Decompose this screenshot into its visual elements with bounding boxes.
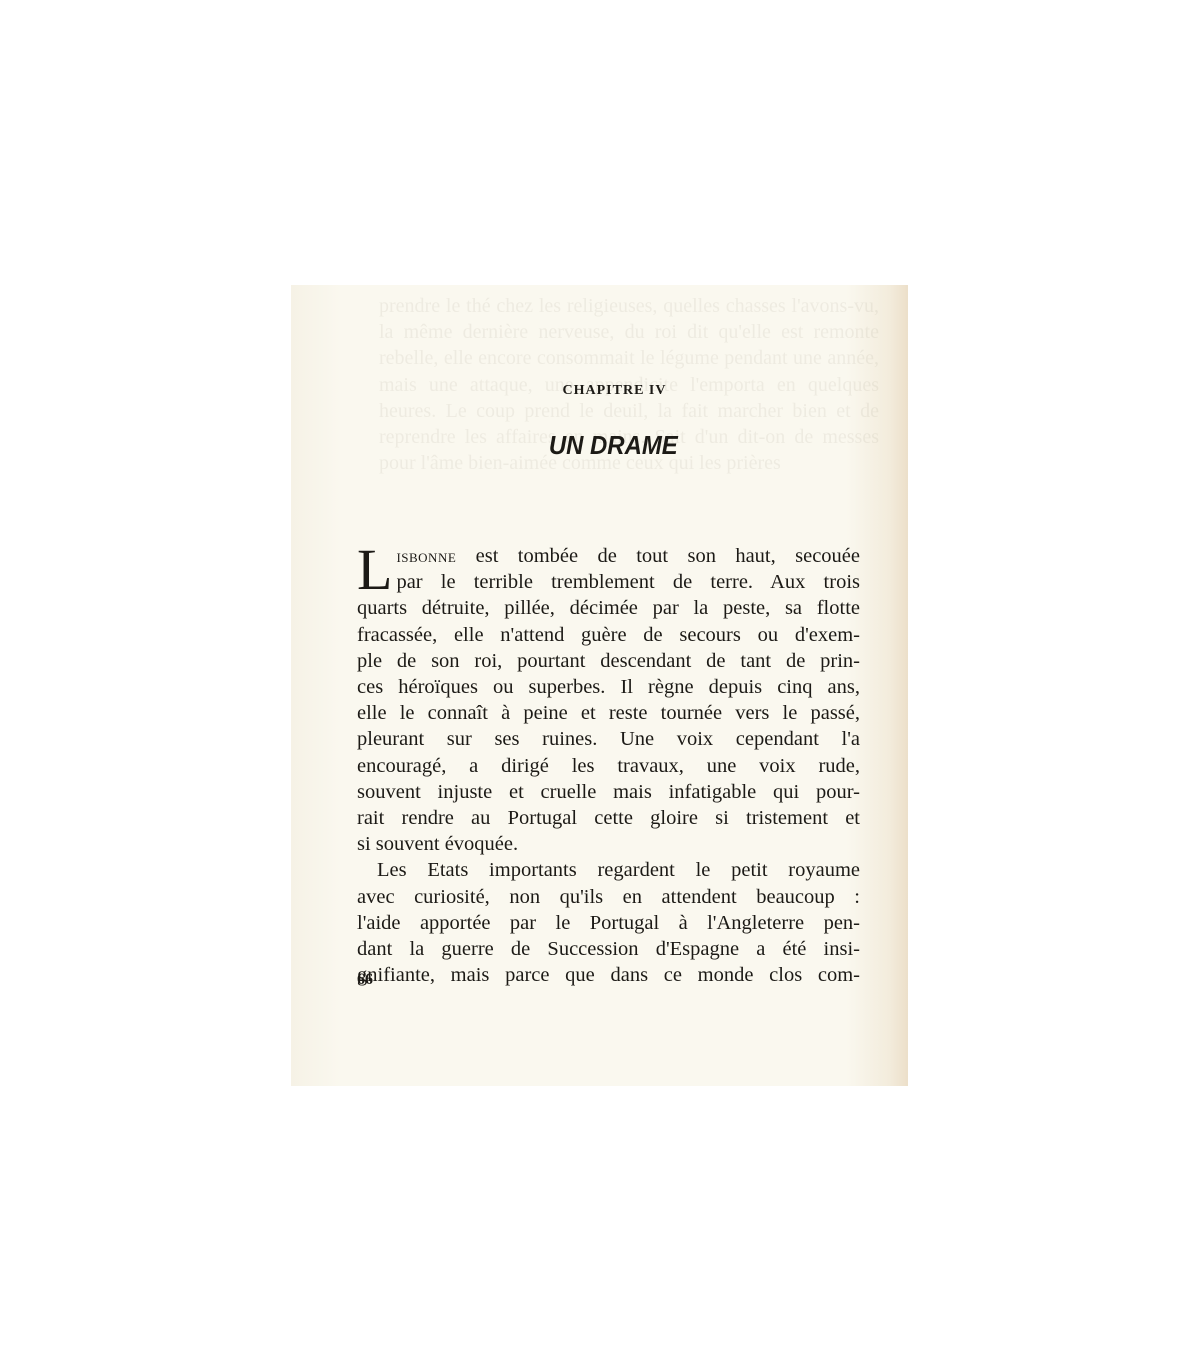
text-line: avec curiosité, non qu'ils en attendent … [357,884,860,910]
text-line: dant la guerre de Succession d'Espagne a… [357,936,860,962]
paragraph-1: L isbonne est tombée de tout son haut, s… [357,543,860,595]
smallcaps-word: isbonne [396,546,456,566]
chapter-title: UN DRAME [316,430,884,461]
text-line: gnifiante, mais parce que dans ce monde … [357,962,860,988]
text-line: si souvent évoquée. [357,831,860,857]
book-page: prendre le thé chez les religieuses, que… [291,285,908,1086]
text-fragment: est tombée de tout son haut, secouée [456,545,860,567]
text-line: l'aide apportée par le Portugal à l'Angl… [357,910,860,936]
text-line: ple de son roi, pourtant descendant de t… [357,648,860,674]
body-text: L isbonne est tombée de tout son haut, s… [357,543,860,988]
chapter-label: CHAPITRE IV [291,383,908,399]
text-line: par le terrible tremblement de terre. Au… [357,569,860,595]
text-line: encouragé, a dirigé les travaux, une voi… [357,753,860,779]
text-line: quarts détruite, pillée, décimée par la … [357,595,860,621]
text-line: isbonne est tombée de tout son haut, sec… [357,543,860,569]
text-line: pleurant sur ses ruines. Une voix cepend… [357,726,860,752]
text-line: Les Etats importants regardent le petit … [357,857,860,883]
text-line: souvent injuste et cruelle mais infatiga… [357,779,860,805]
text-line: elle le connaît à peine et reste tournée… [357,700,860,726]
page-number: 66 [357,971,373,989]
text-line: ces héroïques ou superbes. Il règne depu… [357,674,860,700]
text-line: rait rendre au Portugal cette gloire si … [357,805,860,831]
text-line: fracassée, elle n'attend guère de secour… [357,622,860,648]
drop-cap: L [357,546,392,594]
